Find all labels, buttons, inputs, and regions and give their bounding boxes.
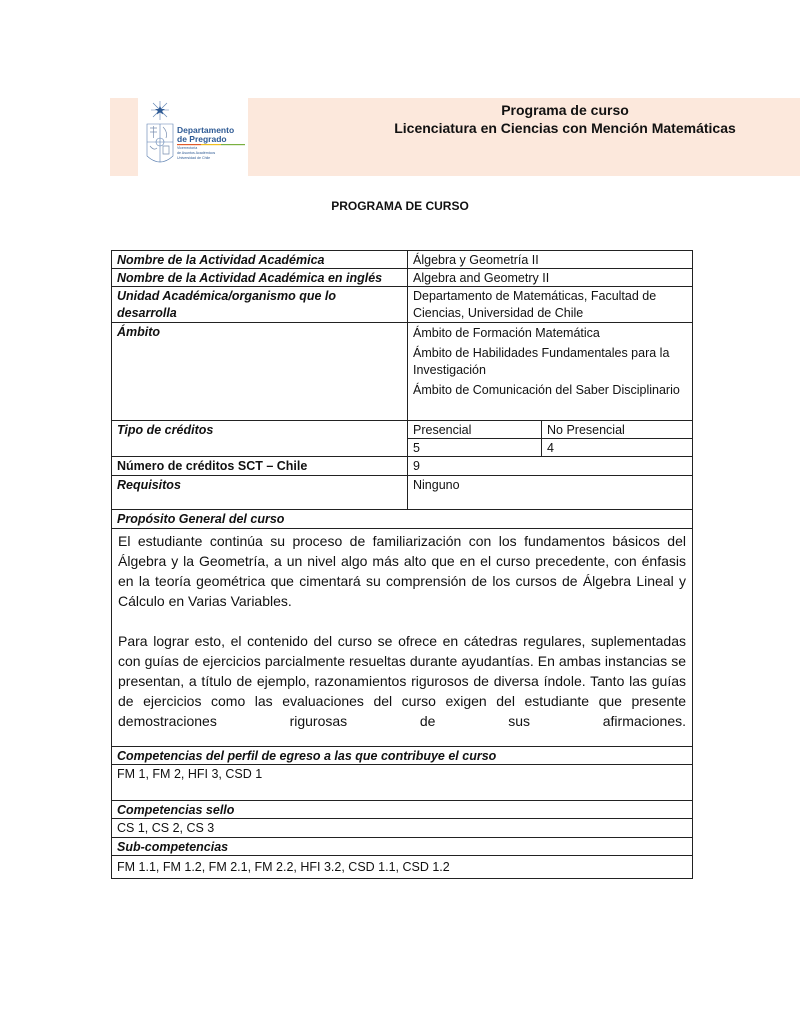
table-row-sub-competencias-header: Sub-competencias (111, 837, 693, 856)
proposito-paragraph-1: El estudiante continúa su proceso de fam… (118, 531, 686, 611)
value-requisitos: Ninguno (408, 476, 692, 509)
ambito-item: Ámbito de Habilidades Fundamentales para… (413, 345, 687, 379)
value-competencias-egreso: FM 1, FM 2, HFI 3, CSD 1 (112, 765, 692, 800)
table-row-nombre: Nombre de la Actividad Académica Álgebra… (111, 250, 693, 269)
label-nombre-ingles: Nombre de la Actividad Académica en ingl… (112, 269, 408, 286)
no-presencial-label: No Presencial (542, 421, 692, 439)
label-requisitos: Requisitos (112, 476, 408, 509)
table-row-competencias-sello-value: CS 1, CS 2, CS 3 (111, 818, 693, 838)
no-presencial-value: 4 (542, 439, 692, 456)
label-unidad: Unidad Académica/organismo que lo desarr… (112, 287, 402, 322)
table-row-tipo-creditos: Tipo de créditos Presencial No Presencia… (111, 420, 693, 457)
value-creditos-sct: 9 (408, 457, 692, 475)
presencial-value: 5 (408, 439, 541, 456)
label-ambito: Ámbito (112, 323, 408, 420)
label-creditos-sct: Número de créditos SCT – Chile (112, 457, 408, 475)
table-row-competencias-sello-header: Competencias sello (111, 800, 693, 819)
ambito-item: Ámbito de Comunicación del Saber Discipl… (413, 382, 687, 399)
header-titles: Programa de curso Licenciatura en Cienci… (330, 101, 800, 137)
table-row-proposito-header: Propósito General del curso (111, 509, 693, 529)
table-row-requisitos: Requisitos Ninguno (111, 475, 693, 510)
department-logo: Departamento de Pregrado Vicerrectoría d… (138, 98, 248, 176)
table-row-competencias-egreso-value: FM 1, FM 2, HFI 3, CSD 1 (111, 764, 693, 801)
value-competencias-sello: CS 1, CS 2, CS 3 (112, 819, 692, 837)
value-nombre: Álgebra y Geometría II (408, 251, 692, 268)
table-row-nombre-ingles: Nombre de la Actividad Académica en ingl… (111, 268, 693, 287)
logo-subtitle: Vicerrectoría de Asuntos Académicos Univ… (177, 146, 247, 161)
presencial-label: Presencial (408, 421, 541, 439)
proposito-text: El estudiante continúa su proceso de fam… (112, 529, 692, 733)
value-sub-competencias: FM 1.1, FM 1.2, FM 2.1, FM 2.2, HFI 3.2,… (112, 856, 692, 878)
value-ambito: Ámbito de Formación Matemática Ámbito de… (408, 323, 692, 420)
label-tipo-creditos: Tipo de créditos (112, 421, 408, 456)
table-row-unidad: Unidad Académica/organismo que lo desarr… (111, 286, 693, 323)
logo-line-2: de Pregrado (177, 135, 234, 144)
header-title-line-1: Programa de curso (330, 101, 800, 119)
table-row-proposito-text: El estudiante continúa su proceso de fam… (111, 528, 693, 747)
label-sub-competencias: Sub-competencias (112, 838, 692, 855)
table-row-competencias-egreso-header: Competencias del perfil de egreso a las … (111, 746, 693, 765)
label-nombre: Nombre de la Actividad Académica (112, 251, 408, 268)
label-competencias-sello: Competencias sello (112, 801, 692, 818)
table-row-creditos-sct: Número de créditos SCT – Chile 9 (111, 456, 693, 476)
table-row-sub-competencias-value: FM 1.1, FM 1.2, FM 2.1, FM 2.2, HFI 3.2,… (111, 855, 693, 879)
document-title: PROGRAMA DE CURSO (280, 199, 520, 213)
ambito-item: Ámbito de Formación Matemática (413, 325, 687, 342)
header-title-line-2: Licenciatura en Ciencias con Mención Mat… (330, 119, 800, 137)
logo-title: Departamento de Pregrado (177, 126, 234, 144)
label-competencias-egreso: Competencias del perfil de egreso a las … (112, 747, 692, 764)
logo-sub-3: Universidad de Chile (177, 156, 247, 161)
value-unidad: Departamento de Matemáticas, Facultad de… (408, 287, 692, 322)
proposito-paragraph-2: Para lograr esto, el contenido del curso… (118, 631, 686, 731)
label-proposito: Propósito General del curso (112, 510, 692, 528)
table-row-ambito: Ámbito Ámbito de Formación Matemática Ám… (111, 322, 693, 421)
value-nombre-ingles: Algebra and Geometry II (408, 269, 692, 286)
